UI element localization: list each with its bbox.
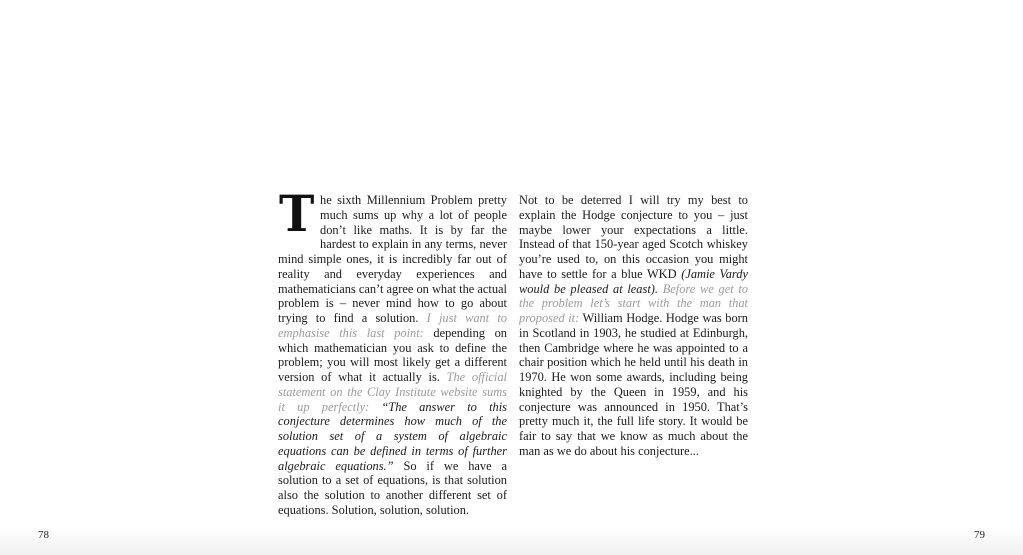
drop-cap: T <box>279 193 315 238</box>
right-column: Not to be deterred I will try my best to… <box>519 193 748 459</box>
right-text-end: William Hodge. Hodge was born in Scotlan… <box>519 311 748 458</box>
left-column: The sixth Millennium Problem pretty much… <box>278 193 507 518</box>
page-number-right: 79 <box>974 529 985 541</box>
page-bottom-shadow <box>0 527 1023 555</box>
magazine-spread: The sixth Millennium Problem pretty much… <box>0 0 1023 555</box>
left-paragraph: The sixth Millennium Problem pretty much… <box>278 193 507 518</box>
page-number-left: 78 <box>38 529 49 541</box>
right-paragraph: Not to be deterred I will try my best to… <box>519 193 748 459</box>
